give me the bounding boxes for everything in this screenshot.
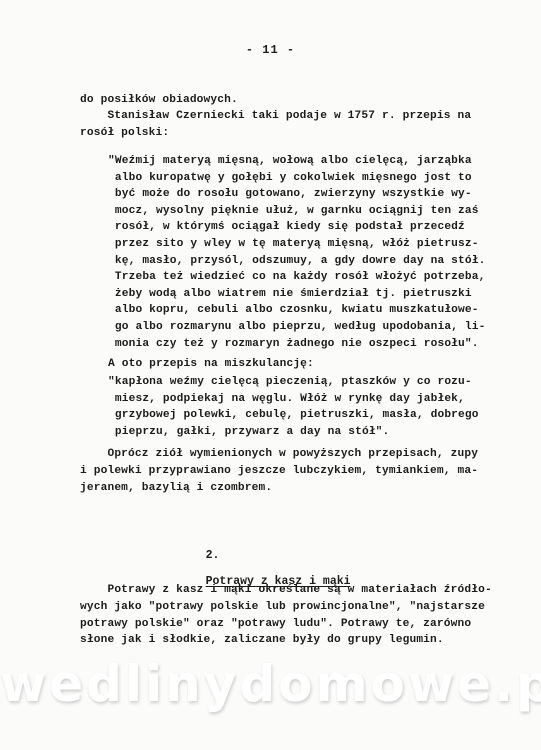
text-line: pieprzu, gałki, przywarz a day na stół". bbox=[108, 424, 389, 440]
text-line: grzybowej polewki, cebulę, pietruszki, m… bbox=[108, 407, 479, 423]
text-line: jeranem, bazylią i czombrem. bbox=[80, 480, 272, 496]
text-line: potrawy polskie" oraz "potrawy ludu". Po… bbox=[80, 616, 471, 632]
text-line: rosół, w którymś ociągał kiedy się podst… bbox=[108, 219, 465, 235]
text-line: być może do rosołu gotowano, zwierzyny w… bbox=[108, 186, 472, 202]
text-line: kę, masło, przysól, odszumuy, a gdy dowr… bbox=[108, 253, 486, 269]
watermark: wedlinydomowe.pl bbox=[0, 655, 541, 713]
section-number: 2. bbox=[206, 549, 220, 562]
text-line: Trzeba też wiedzieć co na każdy rosół wł… bbox=[108, 269, 486, 285]
section-title: Potrawy z kasz i mąki bbox=[206, 575, 351, 588]
text-line: rosół polski: bbox=[80, 125, 169, 141]
text-line: go albo rozmarynu albo pieprzu, według u… bbox=[108, 319, 486, 335]
section-heading: 2. Potrawy z kasz i mąki bbox=[178, 536, 351, 601]
text-line: miesz, podpiekaj na węglu. Włóż w rynkę … bbox=[108, 391, 465, 407]
text-line: Oprócz ziół wymienionych w powyższych pr… bbox=[80, 446, 478, 462]
text-line: żeby wodą albo wiatrem nie śmierdział tj… bbox=[108, 286, 472, 302]
text-line: Stanisław Czerniecki taki podaje w 1757 … bbox=[80, 108, 471, 124]
text-line: A oto przepis na miszkulancję: bbox=[108, 356, 314, 372]
text-line: "Weźmij materyą mięsną, wołową albo ciel… bbox=[108, 153, 472, 169]
text-line: albo kopru, cebuli albo czosnku, kwiatu … bbox=[108, 302, 479, 318]
text-line: i polewki przyprawiano jeszcze lubczykie… bbox=[80, 463, 478, 479]
text-line: albo kuropatwę y gołębi y cokolwiek mięs… bbox=[108, 170, 472, 186]
text-line: do posiłków obiadowych. bbox=[80, 92, 238, 108]
page-number: - 11 - bbox=[0, 43, 541, 57]
text-line: monia czy też y rozmaryn żadnego nie osz… bbox=[108, 336, 479, 352]
text-line: wych jako "potrawy polskie lub prowincjo… bbox=[80, 599, 485, 615]
text-line: przez sito y wley w tę materyą mięsną, w… bbox=[108, 236, 479, 252]
text-line: słone jak i słodkie, zaliczane były do g… bbox=[80, 632, 444, 648]
text-line: "kapłona weźmy cielęcą pieczenią, ptaszk… bbox=[108, 374, 472, 390]
text-line: mocz, wysolny pięknie ułuż, w garnku oci… bbox=[108, 203, 479, 219]
